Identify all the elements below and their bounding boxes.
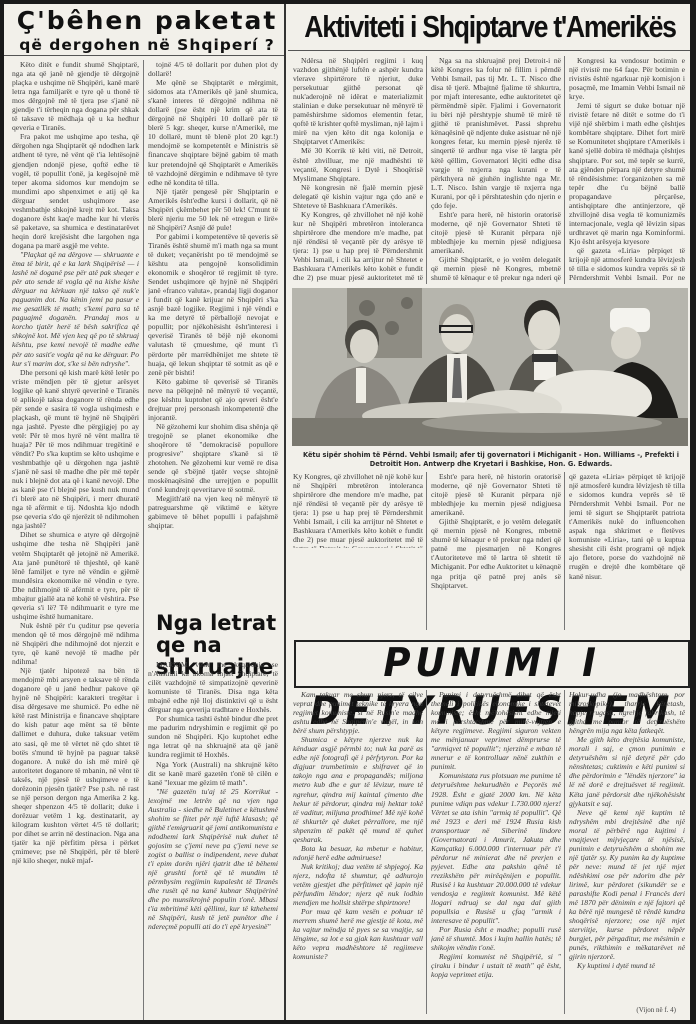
photo-caption: Këtu sipër shohim të Përnd. Vehbi Ismail… <box>296 451 686 468</box>
left-article-headline: Ç'bêhen paketat që dergohen në Shqiperí … <box>14 6 280 54</box>
paragraph: Jemi të sigurt se duke botuar një rivist… <box>569 101 685 246</box>
paragraph: Nga York (Australi) na shkrujnë këto dit… <box>148 760 278 787</box>
paragraph: Esht'e para herë, në historin oratorisë … <box>431 210 561 255</box>
left-headline-line2: që dergohen në Shqiperí ? <box>14 36 280 54</box>
paragraph: Por Rusia ësht e madhe; populli rusë jan… <box>431 925 561 952</box>
paragraph: Megjith'atë na vjen keq në mënyrë të pat… <box>148 494 278 530</box>
paragraph: Nuk kritikoj; dua vetëm të shpjegoj. Ka … <box>293 862 423 907</box>
paragraph: Këto ditët e fundit shumë Shqiptarë, nga… <box>12 60 139 132</box>
paragraph: Me qënë se Shqiptarët e mërgimit, sidomo… <box>148 78 278 187</box>
paragraph: tojnë 4/5 të dollarit por duhen plot dy … <box>148 60 278 78</box>
paragraph: Në kongresin në fjalë mernin pjesë deleg… <box>293 183 423 210</box>
photo-illustration <box>292 288 688 446</box>
paragraph: Ndërsa në Shqipëri regjimi i kuq vazhdon… <box>293 56 423 146</box>
left-headline-rule <box>4 55 286 56</box>
paragraph: Një tjatër pengesë për Shqiptarin e Amer… <box>148 187 278 232</box>
paragraph: që gazeta «Liria» përpiqet të krijojë nj… <box>569 246 685 284</box>
paragraph: Nga sa na shkruajnë prej Detroit-i në kë… <box>431 56 561 210</box>
activity-col3: Kongresi ka vendosur botimin e një rivis… <box>569 56 685 284</box>
paragraph: Punimi i detyruëshmë dihet që ësht theme… <box>431 690 561 771</box>
paragraph: Neve që kemi një kuptim të ndryshëm mbi … <box>569 808 685 962</box>
activity-col3-cont: që gazeta «Liria» përpiqet të krijojë nj… <box>569 472 685 630</box>
activity-headline-rule <box>288 50 690 51</box>
forced-labor-col2: Punimi i detyruëshmë dihet që ësht theme… <box>431 690 561 1014</box>
paragraph: që gazeta «Liria» përpiqet të krijojë nj… <box>569 472 685 581</box>
forced-labor-headline-box: PUNIMI I DETYRUESHEM <box>294 640 690 688</box>
continued-note: (Vijon në f. 4) <box>636 1006 676 1014</box>
column-rule <box>426 472 427 630</box>
column-rule <box>143 60 144 1020</box>
quote-paragraph: "Plaçkat që na dërgove — shkruante e ëma… <box>12 250 139 368</box>
paragraph: Esht'e para herë, në historin oratorisë … <box>431 472 561 517</box>
paragraph: Kam takuar me shum njerz, të cilve vepra… <box>293 690 423 735</box>
column-rule <box>564 56 565 284</box>
activity-col2: Nga sa na shkruajnë prej Detroit-i në kë… <box>431 56 561 284</box>
section-rule <box>284 4 286 1020</box>
paragraph: Gjithë Shqiptarët, e jo vetëm delegatët … <box>431 517 561 589</box>
paragraph: Me gjith këto drejtësia komuniste, moral… <box>569 735 685 807</box>
paragraph: Fra pakot me ushqime apo tesha, që dërgo… <box>12 132 139 250</box>
paragraph: Bota ka besuar, ka mbetur e habitur, ndo… <box>293 844 423 862</box>
quote-paragraph: "Në gazetën tu'aj të 25 Korrikut - lexoj… <box>148 787 278 932</box>
left-article-col2: tojnë 4/5 të dollarit por duhen plot dy … <box>148 60 278 606</box>
left-headline-line1: Ç'bêhen paketat <box>14 6 280 36</box>
paragraph: Në gëzohemi kur shohim disa shënja që tr… <box>148 422 278 494</box>
paragraph: Këto gabime të qeverisë së Tiranës neve … <box>148 377 278 422</box>
column-rule <box>564 472 565 630</box>
paragraph: Ky Kongres, që zhvillohet në një kohë ku… <box>293 210 423 284</box>
paragraph: Gjithë Shqiptarët, e jo vetëm delegatët … <box>431 255 561 284</box>
paragraph: Por gabimi i kompetentëve të qeveris së … <box>148 232 278 377</box>
paragraph: Shumica e këtyre njerzve nuk ka kënduar … <box>293 735 423 844</box>
column-rule <box>426 690 427 1014</box>
paragraph: Ky kuptimi i dytë mund të <box>569 961 685 970</box>
paragraph: Dhe personi që kish marë këtë letër po v… <box>12 368 139 531</box>
activity-col1-cont: Ky Kongres, që zhvillohet në një kohë ku… <box>293 472 423 548</box>
forced-labor-col3: Hokur-udha (jo madhështore por mikroskop… <box>569 690 685 1004</box>
left-article-col1: Këto ditët e fundit shumë Shqiptarë, nga… <box>12 60 139 1020</box>
letters-article-body: MARRIM veah me keqardhje se n'Australi k… <box>148 660 278 960</box>
paragraph: Por shumica tashti është bindur dhe pret… <box>148 714 278 759</box>
paragraph: Por mua që kam vesën e pohuar të merrem … <box>293 907 423 961</box>
paragraph: Një tjatër hipotezë na bën të mendojmë m… <box>12 666 139 865</box>
paragraph: Kongresi ka vendosur botimin e një rivis… <box>569 56 685 101</box>
paragraph: Komunistata rus plotsuan me punime të de… <box>431 771 561 925</box>
paragraph: Hokur-udha (jo madhështore por mikroskop… <box>569 690 685 735</box>
congress-photo <box>292 288 688 446</box>
paragraph: Regjimi komunist në Shqipërië, si " çira… <box>431 952 561 979</box>
paragraph: Më 30 Korrik të këti viti, në Detroit, ë… <box>293 146 423 182</box>
column-rule <box>564 690 565 1014</box>
paragraph: Nuk është për t'u çuditur pse qeveria me… <box>12 621 139 666</box>
paragraph: Ky Kongres, që zhvillohet në një kohë ku… <box>293 472 423 548</box>
column-rule <box>426 56 427 284</box>
newspaper-page: Ç'bêhen paketat që dergohen në Shqiperí … <box>4 4 690 1020</box>
activity-headline: Aktiviteti i Shqiptarve t'Amerikës <box>290 7 690 47</box>
forced-labor-col1: Kam takuar me shum njerz, të cilve vepra… <box>293 690 423 1014</box>
activity-col1: Ndërsa në Shqipëri regjimi i kuq vazhdon… <box>293 56 423 284</box>
activity-col2-cont: Esht'e para herë, në historin oratorisë … <box>431 472 561 630</box>
paragraph: Dihet se shumica e atyre që dërgojnë ush… <box>12 530 139 620</box>
paragraph: MARRIM veah me keqardhje se n'Australi k… <box>148 660 278 714</box>
